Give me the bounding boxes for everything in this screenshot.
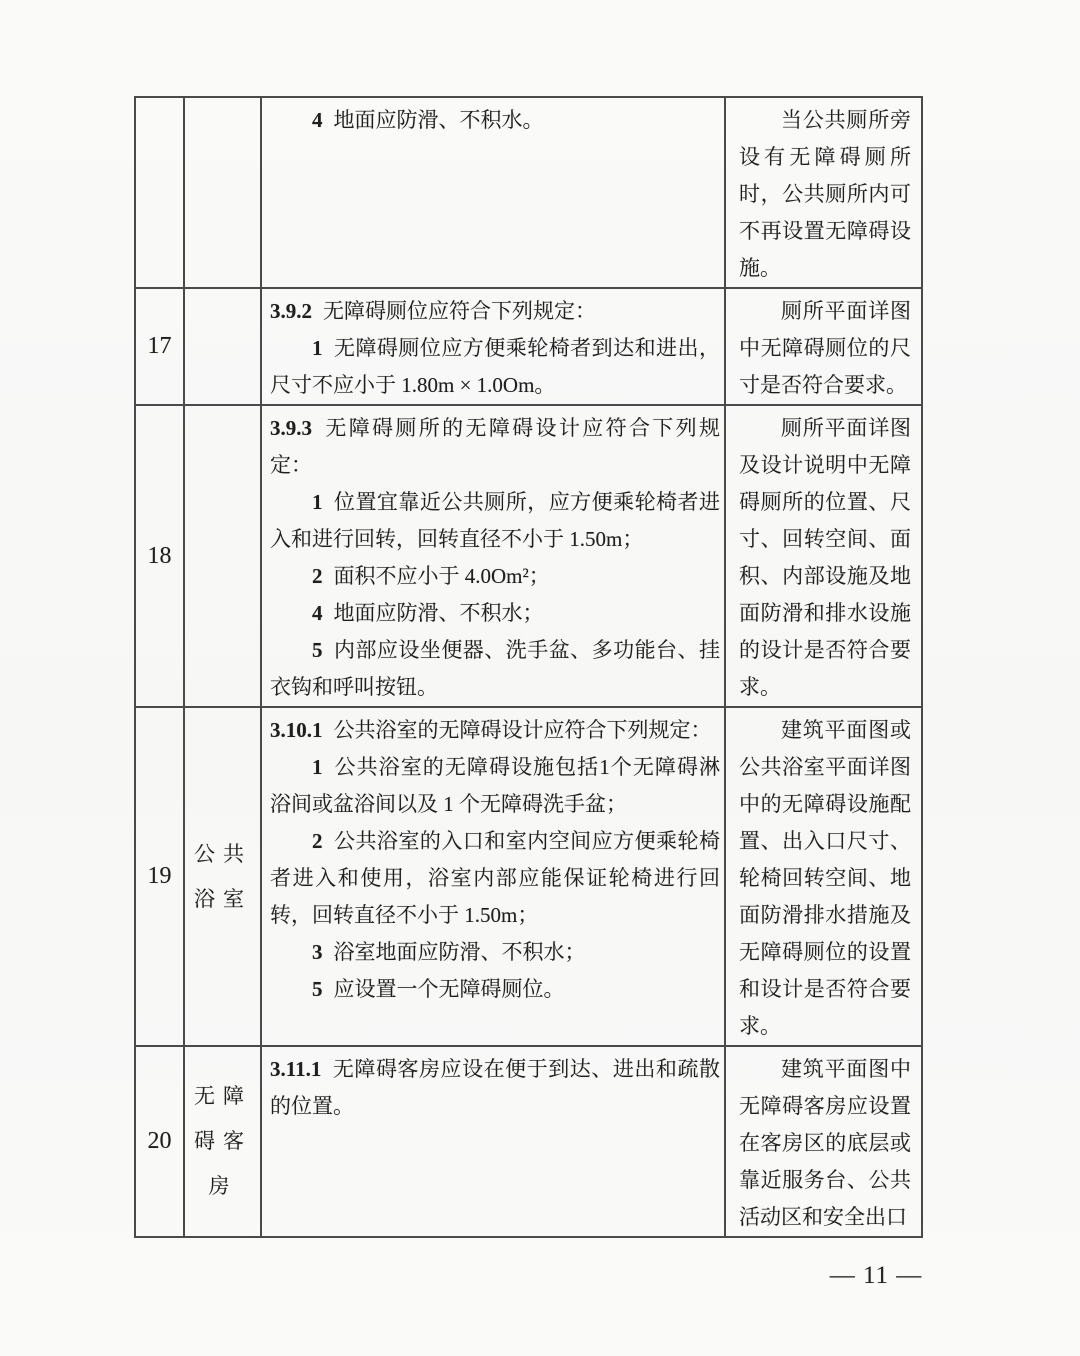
row-number: 17	[148, 333, 172, 359]
clause-text: 公共浴室的无障碍设施包括1个无障碍淋浴间或盆浴间以及 1 个无障碍洗手盆；	[270, 755, 720, 816]
row-number-cell: 17	[135, 288, 184, 405]
review-note-cell: 厕所平面详图及设计说明中无障碍厕所的位置、尺寸、回转空间、面积、内部设施及地面防…	[725, 405, 922, 707]
clause-text: 内部应设坐便器、洗手盆、多功能台、挂衣钩和呼叫按钮。	[270, 638, 720, 699]
clauses-cell: 3.11.1无障碍客房应设在便于到达、进出和疏散的位置。	[261, 1046, 725, 1237]
clause-number: 1	[312, 336, 323, 360]
category-cell	[184, 288, 261, 405]
table-row: 20 无障碍客房 3.11.1无障碍客房应设在便于到达、进出和疏散的位置。 建筑…	[135, 1046, 922, 1237]
clause-number: 4	[312, 108, 323, 132]
clause-paragraph: 3浴室地面应防滑、不积水；	[270, 934, 720, 971]
document-page: 4地面应防滑、不积水。 当公共厕所旁设有无障碍厕所时，公共厕所内可不再设置无障碍…	[0, 0, 1080, 1356]
clause-number: 2	[312, 829, 323, 853]
clause-text: 应设置一个无障碍厕位。	[334, 977, 565, 1001]
clause-text: 无障碍客房应设在便于到达、进出和疏散的位置。	[270, 1057, 720, 1118]
category-cell: 公共浴室	[184, 707, 261, 1046]
clause-text: 公共浴室的入口和室内空间应方便乘轮椅者进入和使用，浴室内部应能保证轮椅进行回转，…	[270, 829, 720, 927]
clause-text: 无障碍厕位应符合下列规定：	[323, 299, 596, 323]
clause-paragraph: 2公共浴室的入口和室内空间应方便乘轮椅者进入和使用，浴室内部应能保证轮椅进行回转…	[270, 823, 720, 934]
clause-text: 无障碍厕位应方便乘轮椅者到达和进出，尺寸不应小于 1.80m × 1.0Om。	[270, 336, 720, 397]
table-body: 4地面应防滑、不积水。 当公共厕所旁设有无障碍厕所时，公共厕所内可不再设置无障碍…	[135, 97, 922, 1237]
clauses-cell: 3.9.2无障碍厕位应符合下列规定： 1无障碍厕位应方便乘轮椅者到达和进出，尺寸…	[261, 288, 725, 405]
table-row: 17 3.9.2无障碍厕位应符合下列规定： 1无障碍厕位应方便乘轮椅者到达和进出…	[135, 288, 922, 405]
category-cell	[184, 405, 261, 707]
row-number-cell: 18	[135, 405, 184, 707]
clause-text: 无障碍厕所的无障碍设计应符合下列规定：	[270, 416, 720, 477]
category-label: 无障碍客房	[194, 1074, 252, 1209]
clause-number: 3.11.1	[270, 1057, 321, 1081]
clause-number: 3	[312, 940, 323, 964]
clauses-cell: 3.10.1公共浴室的无障碍设计应符合下列规定： 1公共浴室的无障碍设施包括1个…	[261, 707, 725, 1046]
clause-paragraph: 3.9.3无障碍厕所的无障碍设计应符合下列规定：	[270, 410, 720, 484]
clause-paragraph: 3.10.1公共浴室的无障碍设计应符合下列规定：	[270, 712, 720, 749]
review-note: 当公共厕所旁设有无障碍厕所时，公共厕所内可不再设置无障碍设施。	[739, 102, 911, 287]
clause-number: 2	[312, 564, 323, 588]
row-number-cell: 19	[135, 707, 184, 1046]
page-number: — 11 —	[806, 1262, 946, 1290]
clause-number: 5	[312, 977, 323, 1001]
row-number: 20	[148, 1128, 172, 1154]
clause-number: 5	[312, 638, 323, 662]
clause-paragraph: 3.9.2无障碍厕位应符合下列规定：	[270, 293, 720, 330]
clause-paragraph: 5内部应设坐便器、洗手盆、多功能台、挂衣钩和呼叫按钮。	[270, 632, 720, 706]
row-number-cell: 20	[135, 1046, 184, 1237]
clause-text: 公共浴室的无障碍设计应符合下列规定：	[334, 718, 712, 742]
review-note: 建筑平面图或公共浴室平面详图中的无障碍设施配置、出入口尺寸、轮椅回转空间、地面防…	[739, 712, 911, 1045]
clause-number: 3.9.3	[270, 416, 312, 440]
clauses-cell: 3.9.3无障碍厕所的无障碍设计应符合下列规定： 1位置宜靠近公共厕所，应方便乘…	[261, 405, 725, 707]
review-note: 厕所平面详图及设计说明中无障碍厕所的位置、尺寸、回转空间、面积、内部设施及地面防…	[739, 410, 911, 706]
row-number-cell	[135, 97, 184, 288]
review-table: 4地面应防滑、不积水。 当公共厕所旁设有无障碍厕所时，公共厕所内可不再设置无障碍…	[134, 96, 923, 1238]
table-row: 18 3.9.3无障碍厕所的无障碍设计应符合下列规定： 1位置宜靠近公共厕所，应…	[135, 405, 922, 707]
clause-paragraph: 1位置宜靠近公共厕所，应方便乘轮椅者进入和进行回转，回转直径不小于 1.50m；	[270, 484, 720, 558]
row-number: 19	[148, 863, 172, 889]
clause-paragraph: 3.11.1无障碍客房应设在便于到达、进出和疏散的位置。	[270, 1051, 720, 1125]
review-note-cell: 厕所平面详图中无障碍厕位的尺寸是否符合要求。	[725, 288, 922, 405]
review-note: 厕所平面详图中无障碍厕位的尺寸是否符合要求。	[739, 293, 911, 404]
category-cell	[184, 97, 261, 288]
clause-text: 位置宜靠近公共厕所，应方便乘轮椅者进入和进行回转，回转直径不小于 1.50m；	[270, 490, 720, 551]
clause-paragraph: 1无障碍厕位应方便乘轮椅者到达和进出，尺寸不应小于 1.80m × 1.0Om。	[270, 330, 720, 404]
clauses-cell: 4地面应防滑、不积水。	[261, 97, 725, 288]
clause-number: 3.10.1	[270, 718, 323, 742]
row-number: 18	[148, 543, 172, 569]
clause-paragraph: 1公共浴室的无障碍设施包括1个无障碍淋浴间或盆浴间以及 1 个无障碍洗手盆；	[270, 749, 720, 823]
table-row: 19 公共浴室 3.10.1公共浴室的无障碍设计应符合下列规定： 1公共浴室的无…	[135, 707, 922, 1046]
clause-paragraph: 4地面应防滑、不积水。	[270, 102, 720, 139]
clause-text: 浴室地面应防滑、不积水；	[334, 940, 586, 964]
clause-paragraph: 4地面应防滑、不积水；	[270, 595, 720, 632]
clause-text: 地面应防滑、不积水。	[334, 108, 544, 132]
category-label: 公共浴室	[194, 832, 252, 922]
clause-number: 3.9.2	[270, 299, 312, 323]
clause-number: 4	[312, 601, 323, 625]
clause-paragraph: 2面积不应小于 4.0Om²；	[270, 558, 720, 595]
review-note-cell: 建筑平面图中无障碍客房应设置在客房区的底层或靠近服务台、公共活动区和安全出口	[725, 1046, 922, 1237]
clause-number: 1	[312, 755, 323, 779]
table-row: 4地面应防滑、不积水。 当公共厕所旁设有无障碍厕所时，公共厕所内可不再设置无障碍…	[135, 97, 922, 288]
clause-number: 1	[312, 490, 323, 514]
review-note-cell: 当公共厕所旁设有无障碍厕所时，公共厕所内可不再设置无障碍设施。	[725, 97, 922, 288]
review-note-cell: 建筑平面图或公共浴室平面详图中的无障碍设施配置、出入口尺寸、轮椅回转空间、地面防…	[725, 707, 922, 1046]
category-cell: 无障碍客房	[184, 1046, 261, 1237]
clause-text: 面积不应小于 4.0Om²；	[334, 564, 550, 588]
review-note: 建筑平面图中无障碍客房应设置在客房区的底层或靠近服务台、公共活动区和安全出口	[739, 1051, 911, 1236]
clause-text: 地面应防滑、不积水；	[334, 601, 544, 625]
clause-paragraph: 5应设置一个无障碍厕位。	[270, 971, 720, 1008]
